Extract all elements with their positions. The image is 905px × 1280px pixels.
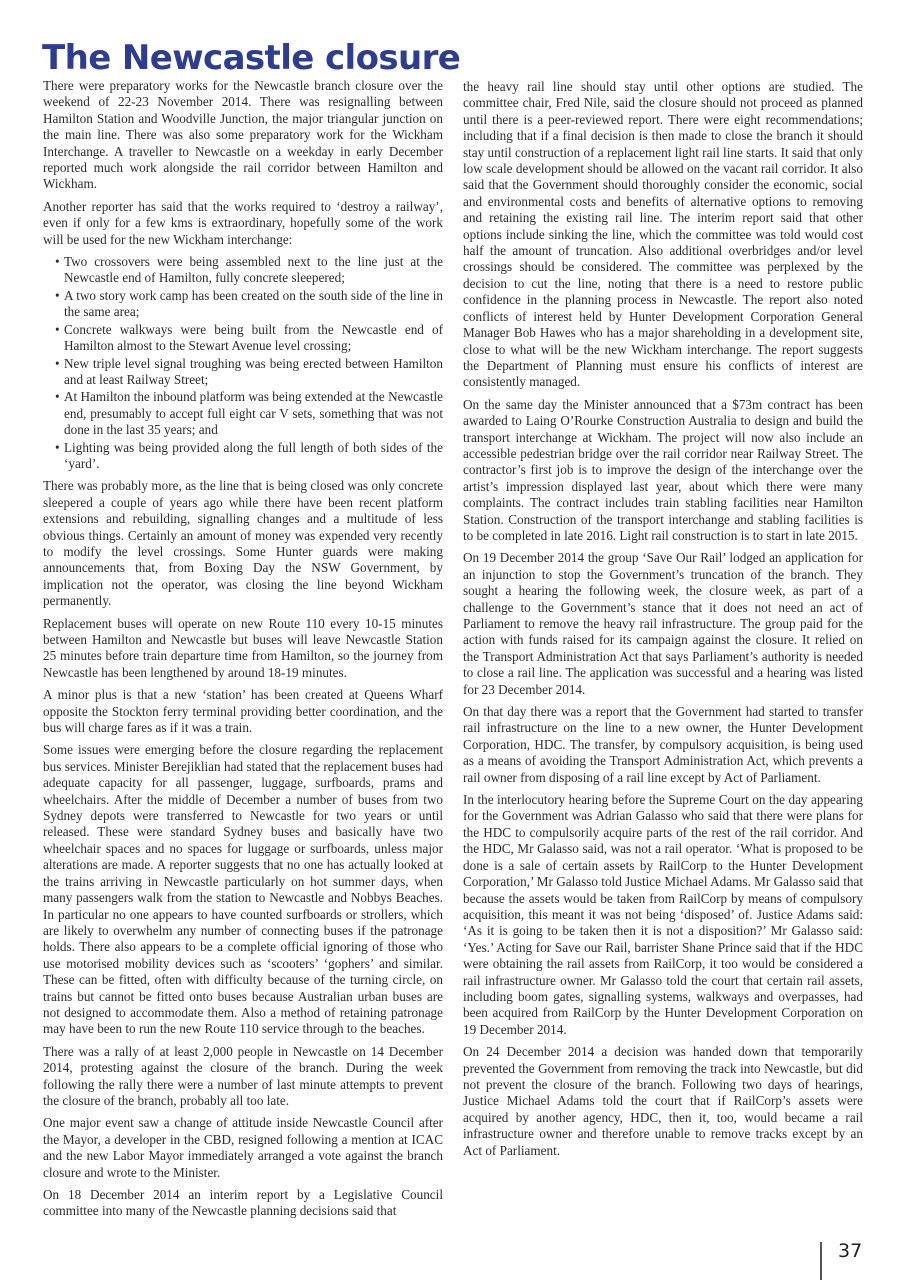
- paragraph: Replacement buses will operate on new Ro…: [43, 616, 443, 682]
- bullet-icon: •: [55, 440, 60, 456]
- page: The Newcastle closure There were prepara…: [0, 0, 905, 1280]
- bullet-icon: •: [55, 254, 60, 270]
- right-column: the heavy rail line should stay until ot…: [463, 79, 863, 1165]
- list-item: •New triple level signal troughing was b…: [43, 356, 443, 389]
- paragraph: There was probably more, as the line tha…: [43, 478, 443, 609]
- bullet-icon: •: [55, 356, 60, 372]
- paragraph: On 19 December 2014 the group ‘Save Our …: [463, 550, 863, 698]
- page-number: 37: [838, 1240, 862, 1262]
- paragraph: On 18 December 2014 an interim report by…: [43, 1187, 443, 1220]
- paragraph: On that day there was a report that the …: [463, 704, 863, 786]
- bullet-icon: •: [55, 322, 60, 338]
- paragraph: the heavy rail line should stay until ot…: [463, 79, 863, 391]
- list-item: •A two story work camp has been created …: [43, 288, 443, 321]
- paragraph: On 24 December 2014 a decision was hande…: [463, 1044, 863, 1159]
- paragraph: In the interlocutory hearing before the …: [463, 792, 863, 1038]
- bullet-icon: •: [55, 389, 60, 405]
- paragraph: Another reporter has said that the works…: [43, 199, 443, 248]
- bullet-icon: •: [55, 288, 60, 304]
- paragraph: There were preparatory works for the New…: [43, 78, 443, 193]
- list-item: •Two crossovers were being assembled nex…: [43, 254, 443, 287]
- list-item: •Lighting was being provided along the f…: [43, 440, 443, 473]
- left-column: There were preparatory works for the New…: [43, 78, 443, 1226]
- list-item: •Concrete walkways were being built from…: [43, 322, 443, 355]
- works-list: •Two crossovers were being assembled nex…: [43, 254, 443, 472]
- article-title: The Newcastle closure: [42, 38, 460, 78]
- paragraph: A minor plus is that a new ‘station’ has…: [43, 687, 443, 736]
- paragraph: Some issues were emerging before the clo…: [43, 742, 443, 1037]
- list-item: •At Hamilton the inbound platform was be…: [43, 389, 443, 438]
- paragraph: On the same day the Minister announced t…: [463, 397, 863, 545]
- page-number-divider: [820, 1242, 822, 1280]
- paragraph: There was a rally of at least 2,000 peop…: [43, 1044, 443, 1110]
- paragraph: One major event saw a change of attitude…: [43, 1115, 443, 1181]
